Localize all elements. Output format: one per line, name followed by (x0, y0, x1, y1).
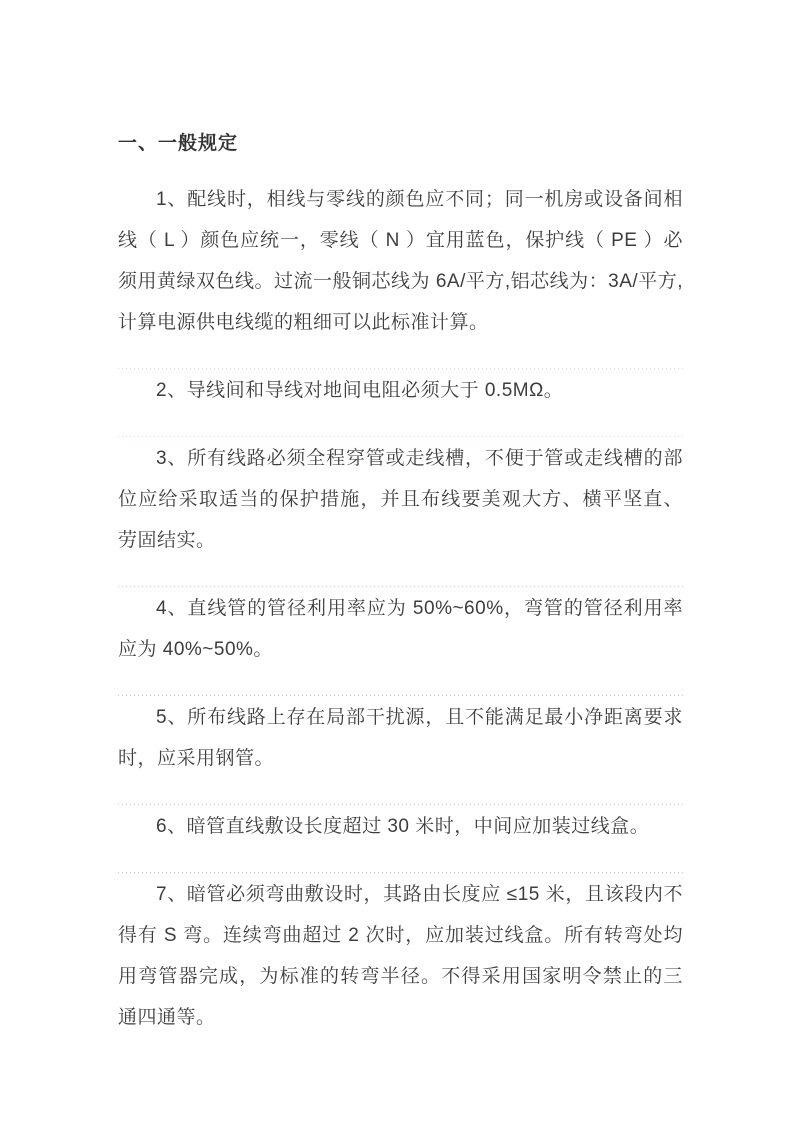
regulation-item-5: 5、所布线路上存在局部干扰源，且不能满足最小净距离要求时，应采用钢管。 (118, 697, 683, 779)
regulation-item-7: 7、暗管必须弯曲敷设时，其路由长度应 ≤15 米，且该段内不得有 S 弯。连续弯… (118, 874, 683, 1038)
dotted-divider (118, 368, 683, 369)
section-heading: 一、一般规定 (118, 133, 683, 155)
regulation-item-6: 6、暗管直线敷设长度超过 30 米时，中间应加装过线盒。 (118, 806, 683, 847)
dotted-divider (118, 804, 683, 805)
dotted-divider (118, 436, 683, 437)
regulation-item-1: 1、配线时，相线与零线的颜色应不同；同一机房或设备间相线（ L ）颜色应统一，零… (118, 179, 683, 343)
regulation-item-2: 2、导线间和导线对地间电阻必须大于 0.5MΩ。 (118, 370, 683, 411)
dotted-divider (118, 586, 683, 587)
regulation-item-4: 4、直线管的管径利用率应为 50%~60%，弯管的管径利用率应为 40%~50%… (118, 588, 683, 670)
regulation-item-3: 3、所有线路必须全程穿管或走线槽，不便于管或走线槽的部位应给采取适当的保护措施，… (118, 438, 683, 561)
dotted-divider (118, 695, 683, 696)
document-page: 一、一般规定 1、配线时，相线与零线的颜色应不同；同一机房或设备间相线（ L ）… (0, 0, 800, 1132)
dotted-divider (118, 872, 683, 873)
